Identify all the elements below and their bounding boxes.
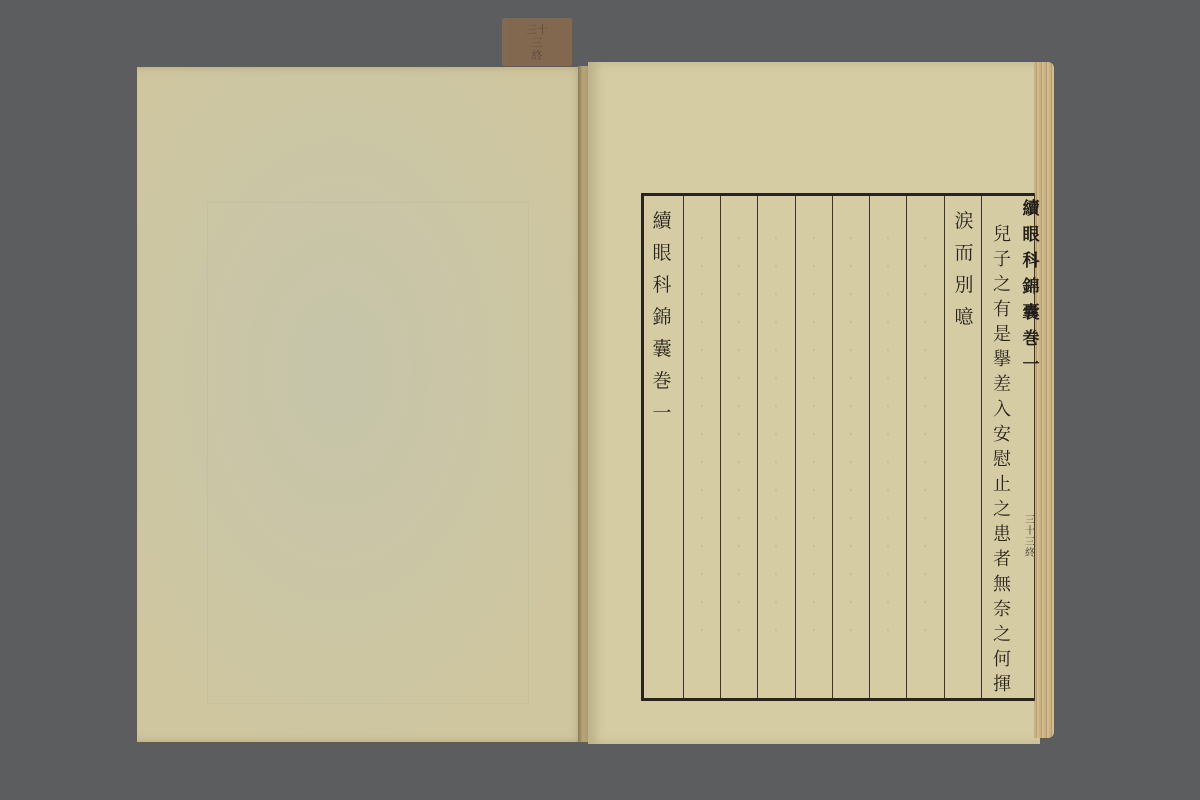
- show-through-text: ···············: [876, 225, 900, 645]
- text-char: 安: [993, 422, 1011, 447]
- left-page-blank: [137, 67, 584, 742]
- tab-label-line-2: 三: [532, 36, 543, 49]
- title-char: 一: [652, 397, 671, 429]
- title-char: 錦: [652, 301, 671, 333]
- text-char: 噫: [954, 301, 973, 333]
- text-char: 之: [993, 272, 1011, 297]
- column-rule: [869, 196, 870, 698]
- column-rule: [720, 196, 721, 698]
- title-char: 囊: [652, 333, 671, 365]
- show-through-text: ···············: [727, 225, 751, 645]
- edge-char: 囊: [1023, 300, 1040, 326]
- show-through-text: ···············: [802, 225, 826, 645]
- edge-note-char: 十: [1025, 526, 1035, 537]
- edge-note-char: 三: [1025, 515, 1035, 526]
- show-through-text: ···············: [690, 225, 714, 645]
- text-char: 差: [993, 372, 1011, 397]
- column-rule: [906, 196, 907, 698]
- text-column-1: 兒 子 之 有 是 擧 差 入 安 慰 止 之 患 者 無 奈 之 何 揮: [988, 222, 1016, 697]
- show-through-ghost-frame: [207, 202, 529, 704]
- text-char: 奈: [993, 597, 1011, 622]
- show-through-text: ···············: [764, 225, 788, 645]
- edge-char: 眼: [1023, 222, 1040, 248]
- show-through-text: ···············: [913, 225, 937, 645]
- edge-char: 一: [1023, 352, 1040, 378]
- column-rule: [683, 196, 684, 698]
- text-char: 之: [993, 497, 1011, 522]
- text-char: 別: [954, 269, 973, 301]
- column-rule: [944, 196, 945, 698]
- title-char: 續: [652, 205, 671, 237]
- edge-title-column: 續 眼 科 錦 囊 巻 一: [1018, 196, 1044, 378]
- edge-char: 續: [1023, 196, 1040, 222]
- edge-char: 錦: [1023, 274, 1040, 300]
- book-tab-label: 三十 三 終: [502, 18, 572, 66]
- page-stack-edge: [1034, 62, 1054, 738]
- text-char: 慰: [993, 447, 1011, 472]
- text-char: 有: [993, 297, 1011, 322]
- edge-char: 巻: [1023, 326, 1040, 352]
- text-char: 者: [993, 547, 1011, 572]
- text-char: 子: [993, 247, 1011, 272]
- text-char: 入: [993, 397, 1011, 422]
- column-rule: [832, 196, 833, 698]
- text-char: 無: [993, 572, 1011, 597]
- edge-note-char: 終: [1025, 548, 1035, 559]
- text-char: 擧: [993, 347, 1011, 372]
- tab-label-line-3: 終: [532, 49, 543, 62]
- title-char: 巻: [652, 365, 671, 397]
- title-char: 科: [652, 269, 671, 301]
- column-rule: [757, 196, 758, 698]
- text-char: 何: [993, 647, 1011, 672]
- edge-end-note: 三 十 三 終: [1018, 515, 1042, 559]
- text-char: 患: [993, 522, 1011, 547]
- text-column-2: 涙 而 別 噫: [950, 205, 978, 333]
- title-char: 眼: [652, 237, 671, 269]
- text-char: 而: [954, 237, 973, 269]
- text-char: 是: [993, 322, 1011, 347]
- text-char: 止: [993, 472, 1011, 497]
- title-column: 續 眼 科 錦 囊 巻 一: [648, 205, 676, 429]
- text-char: 揮: [993, 672, 1011, 697]
- show-through-text: ···············: [839, 225, 863, 645]
- edge-note-char: 三: [1025, 537, 1035, 548]
- text-char: 之: [993, 622, 1011, 647]
- text-char: 兒: [993, 222, 1011, 247]
- edge-char: 科: [1023, 248, 1040, 274]
- text-char: 涙: [954, 205, 973, 237]
- column-rule: [981, 196, 982, 698]
- tab-label-line-1: 三十: [526, 23, 548, 36]
- column-rule: [795, 196, 796, 698]
